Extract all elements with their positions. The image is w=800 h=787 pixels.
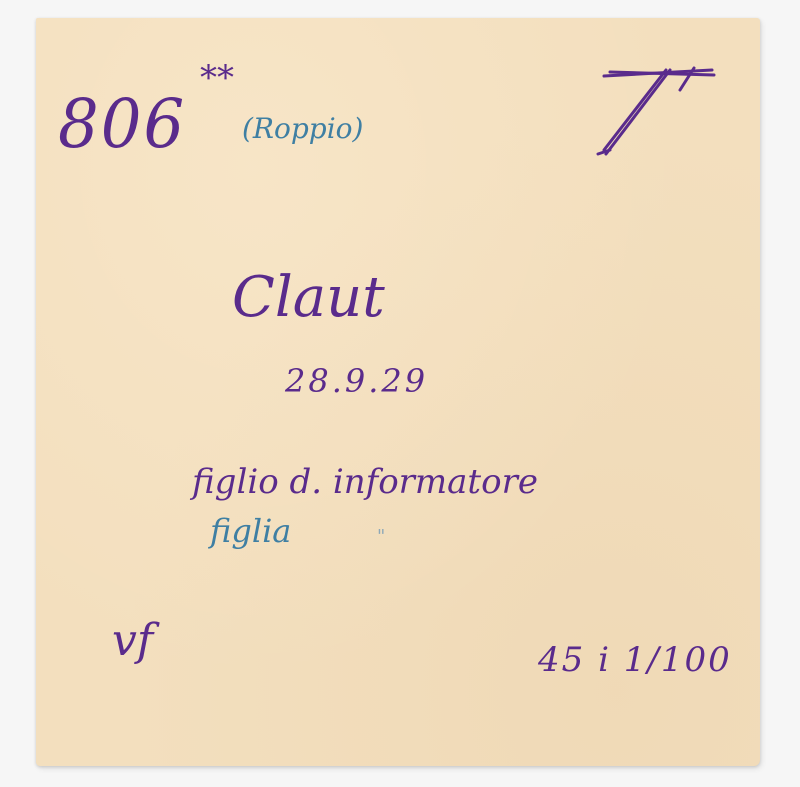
- star-marks: **: [200, 58, 234, 98]
- folio-number: 45 i 1/100: [538, 640, 732, 680]
- corner-t-mark-icon: [596, 60, 736, 170]
- place-name: Claut: [232, 265, 385, 330]
- ditto-mark: ": [377, 526, 385, 547]
- catalog-number: 806: [58, 86, 186, 164]
- relation-line-1: figlio d. informatore: [192, 462, 538, 502]
- relation-line-2: figlia: [210, 512, 291, 550]
- bracket-note: (Roppio): [242, 112, 363, 145]
- initials: vf: [112, 615, 153, 666]
- date: 28.9.29: [285, 362, 428, 400]
